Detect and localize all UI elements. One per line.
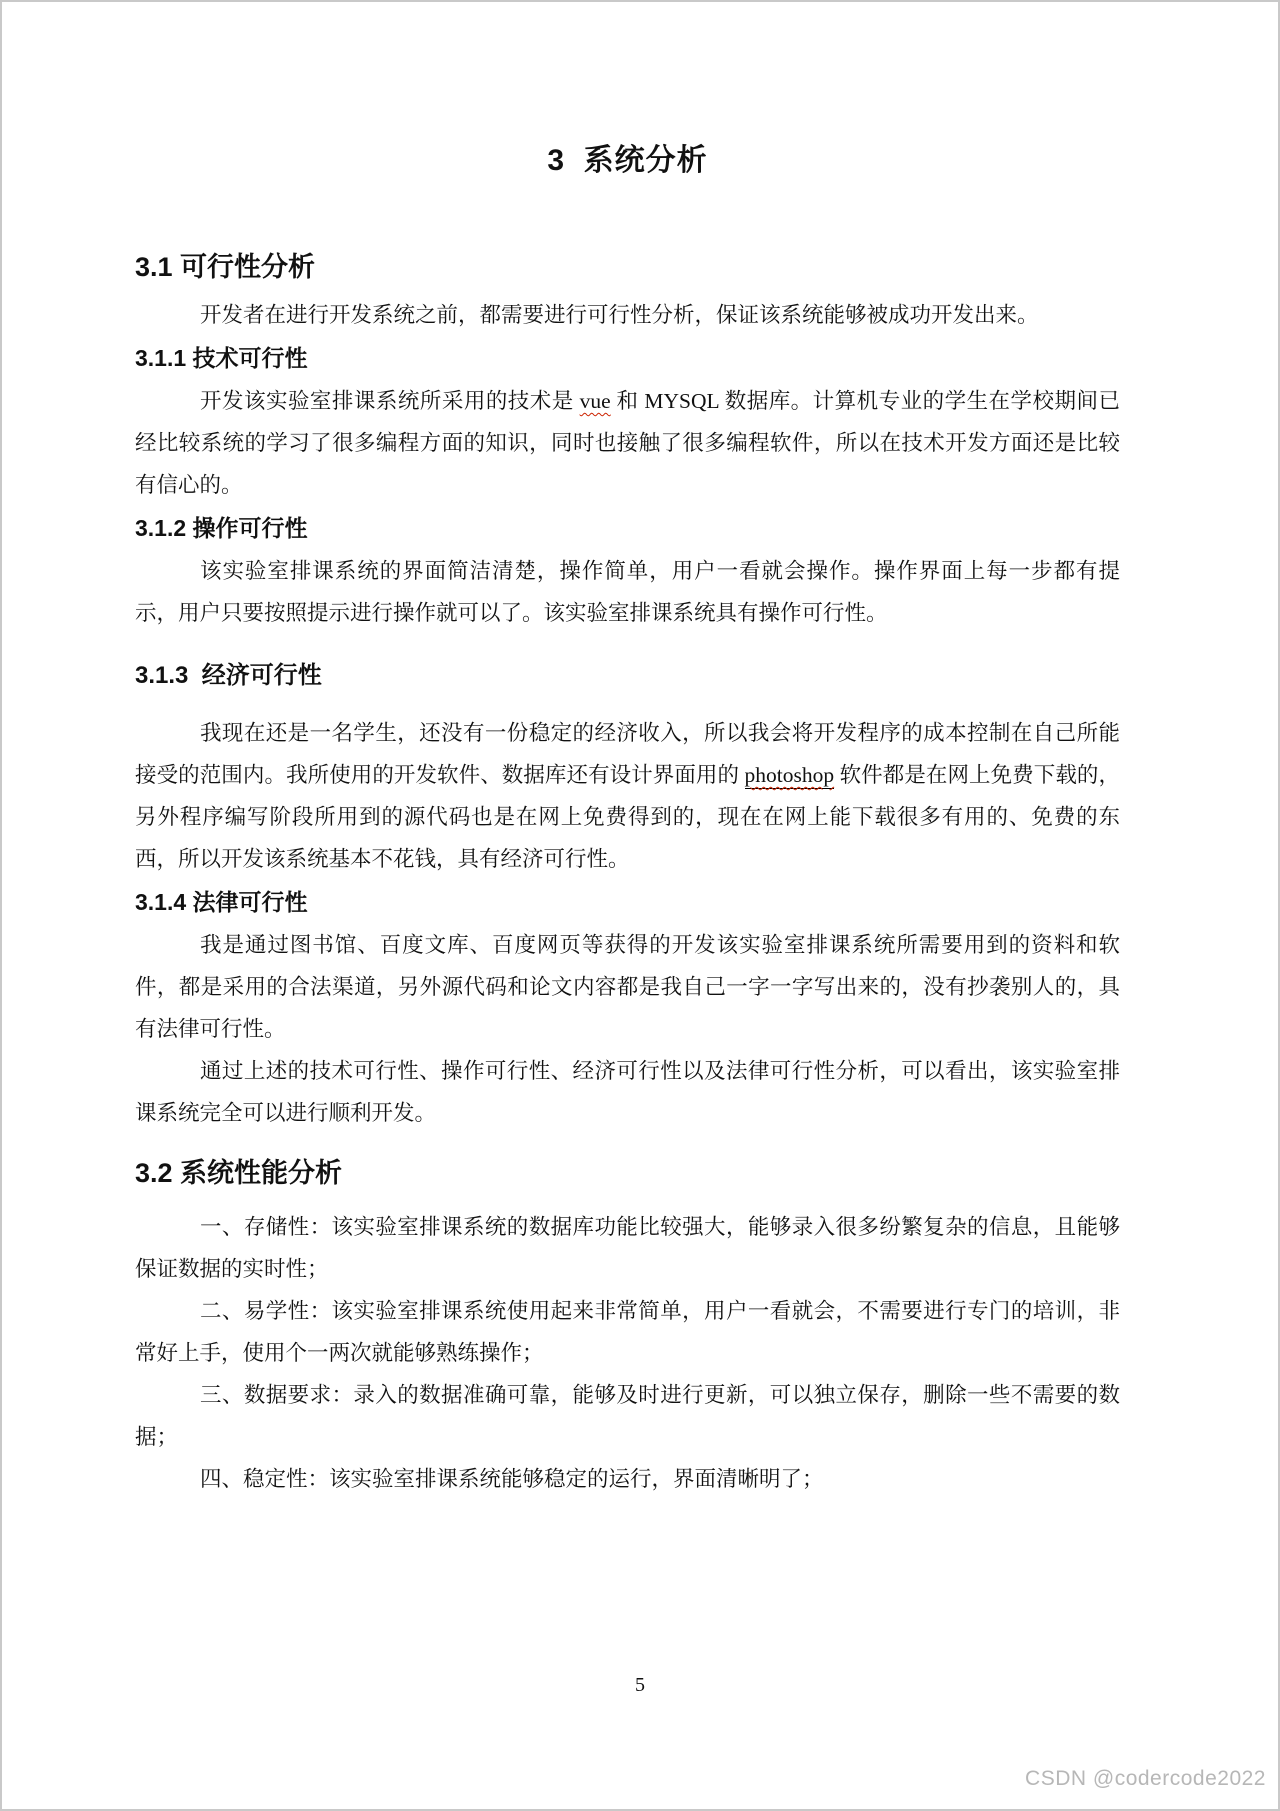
section-heading-3-1-4: 3.1.4 法律可行性 (135, 880, 1120, 924)
chapter-title: 3 系统分析 (135, 140, 1120, 182)
spellcheck-word-vue: vue (580, 389, 611, 413)
section-heading-3-1-3: 3.1.3 经济可行性 (135, 654, 1120, 698)
watermark-text: CSDN @codercode2022 (1025, 1767, 1266, 1791)
list-item-storage: 一、存储性：该实验室排课系统的数据库功能比较强大，能够录入很多纷繁复杂的信息，且… (135, 1206, 1120, 1290)
page-background: { "doc": { "chapter_title": "3 系统分析", "p… (0, 0, 1280, 1811)
paragraph-feasibility-conclusion: 通过上述的技术可行性、操作可行性、经济可行性以及法律可行性分析，可以看出，该实验… (135, 1050, 1120, 1134)
link-photoshop[interactable]: photoshop (745, 763, 835, 789)
spellcheck-word-photoshop: photoshop (745, 763, 835, 787)
section-heading-3-1-2: 3.1.2 操作可行性 (135, 506, 1120, 550)
document-page: 3 系统分析 3.1 可行性分析 开发者在进行开发系统之前，都需要进行可行性分析… (0, 0, 1280, 1811)
list-item-learnability: 二、易学性：该实验室排课系统使用起来非常简单，用户一看就会，不需要进行专门的培训… (135, 1290, 1120, 1374)
paragraph-text: 开发该实验室排课系统所采用的技术是 (200, 389, 580, 413)
paragraph-economic-feasibility: 我现在还是一名学生，还没有一份稳定的经济收入，所以我会将开发程序的成本控制在自己… (135, 712, 1120, 880)
list-item-data-requirements: 三、数据要求：录入的数据准确可靠，能够及时进行更新，可以独立保存，删除一些不需要… (135, 1374, 1120, 1458)
list-item-stability: 四、稳定性：该实验室排课系统能够稳定的运行，界面清晰明了； (135, 1458, 1120, 1500)
paragraph-operational-feasibility: 该实验室排课系统的界面简洁清楚，操作简单，用户一看就会操作。操作界面上每一步都有… (135, 550, 1120, 634)
section-heading-3-1: 3.1 可行性分析 (135, 244, 1120, 290)
page-number: 5 (2, 1674, 1278, 1697)
section-heading-3-1-1: 3.1.1 技术可行性 (135, 336, 1120, 380)
document-content: 3 系统分析 3.1 可行性分析 开发者在进行开发系统之前，都需要进行可行性分析… (135, 2, 1120, 1500)
paragraph-legal-feasibility: 我是通过图书馆、百度文库、百度网页等获得的开发该实验室排课系统所需要用到的资料和… (135, 924, 1120, 1050)
paragraph-technical-feasibility: 开发该实验室排课系统所采用的技术是 vue 和 MYSQL 数据库。计算机专业的… (135, 380, 1120, 506)
paragraph-feasibility-intro: 开发者在进行开发系统之前，都需要进行可行性分析，保证该系统能够被成功开发出来。 (135, 294, 1120, 336)
section-heading-3-2: 3.2 系统性能分析 (135, 1150, 1120, 1196)
